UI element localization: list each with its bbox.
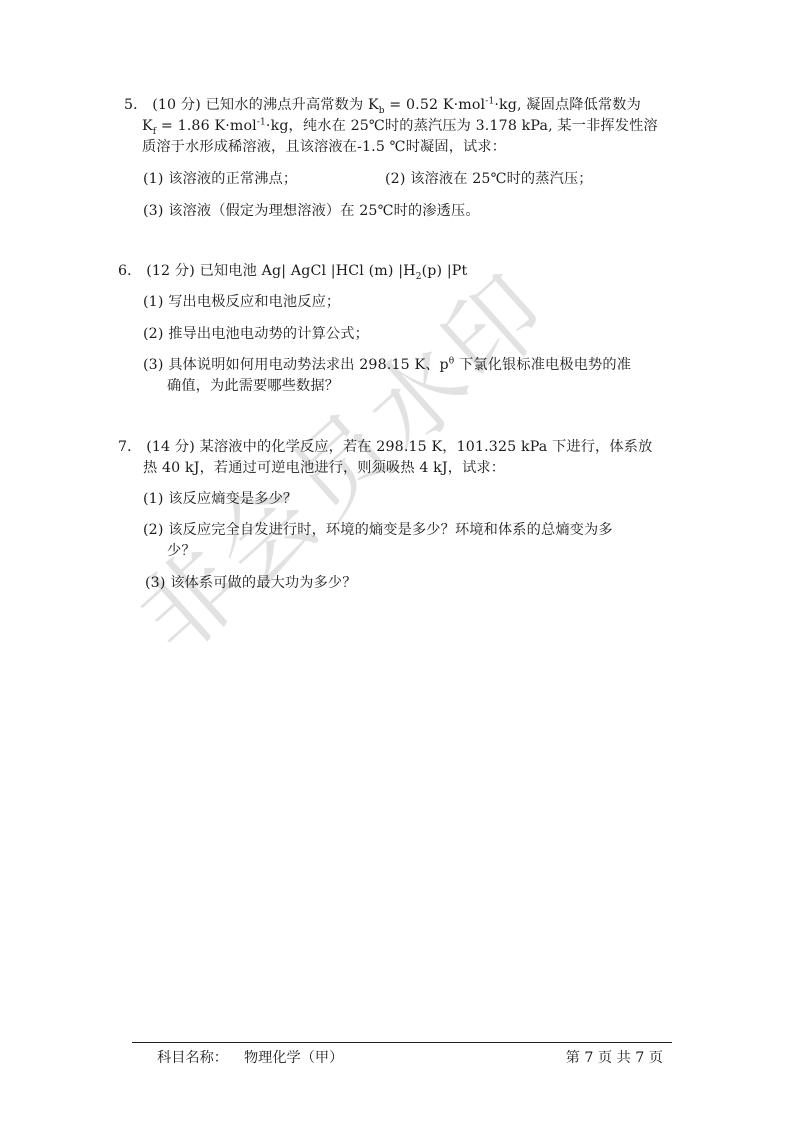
- question-7-line-1: 7． (14 分) 某溶液中的化学反应，若在 298.15 K，101.325 …: [118, 437, 652, 457]
- question-5-line-2: Kf = 1.86 K·mol-1·kg，纯水在 25℃时的蒸汽压为 3.178…: [142, 116, 658, 136]
- question-5-line-1: 5． (10 分) 已知水的沸点升高常数为 Kb = 0.52 K·mol-1·…: [124, 95, 641, 115]
- question-6-part-2: (2) 推导出电池电动势的计算公式；: [143, 324, 369, 344]
- question-5-part-3: (3) 该溶液（假定为理想溶液）在 25℃时的渗透压。: [143, 201, 480, 221]
- question-6-part-3-cont: 确值，为此需要哪些数据？: [167, 376, 339, 396]
- subject-name: 物理化学（甲）: [244, 1050, 343, 1066]
- question-7-line-2: 热 40 kJ，若通过可逆电池进行，则须吸热 4 kJ，试求：: [143, 458, 505, 478]
- question-points: (10 分): [152, 97, 201, 113]
- question-7-part-2-cont: 少？: [167, 541, 196, 561]
- question-7-part-1: (1) 该反应熵变是多少？: [143, 489, 297, 509]
- subject-label: 科目名称：: [157, 1050, 228, 1066]
- exam-page: 非会员水印 5． (10 分) 已知水的沸点升高常数为 Kb = 0.52 K·…: [0, 0, 793, 1122]
- question-7-part-2: (2) 该反应完全自发进行时，环境的熵变是多少？环境和体系的总熵变为多: [143, 520, 613, 540]
- question-points: (14 分): [146, 439, 195, 455]
- question-number: 6．: [118, 261, 142, 281]
- question-5-part-1: (1) 该溶液的正常沸点；: [143, 169, 297, 189]
- question-number: 7．: [118, 437, 142, 457]
- question-6-part-3: (3) 具体说明如何用电动势法求出 298.15 K、pθ 下氯化银标准电极电势…: [143, 355, 631, 375]
- footer-divider: [132, 1042, 672, 1043]
- question-6-part-1: (1) 写出电极反应和电池反应；: [143, 292, 340, 312]
- footer-subject: 科目名称：物理化学（甲）: [157, 1048, 343, 1068]
- question-5-part-2: (2) 该溶液在 25℃时的蒸汽压；: [385, 169, 593, 189]
- question-points: (12 分): [146, 263, 195, 279]
- question-number: 5．: [124, 95, 148, 115]
- question-6-line-1: 6． (12 分) 已知电池 Ag| AgCl |HCl (m) |H2(p) …: [118, 261, 467, 281]
- question-7-part-3: (3) 该体系可做的最大功为多少？: [145, 573, 357, 593]
- question-5-line-3: 质溶于水形成稀溶液，且该溶液在-1.5 ℃时凝固，试求：: [142, 137, 506, 157]
- footer-page-info: 第 7 页 共 7 页: [566, 1048, 663, 1068]
